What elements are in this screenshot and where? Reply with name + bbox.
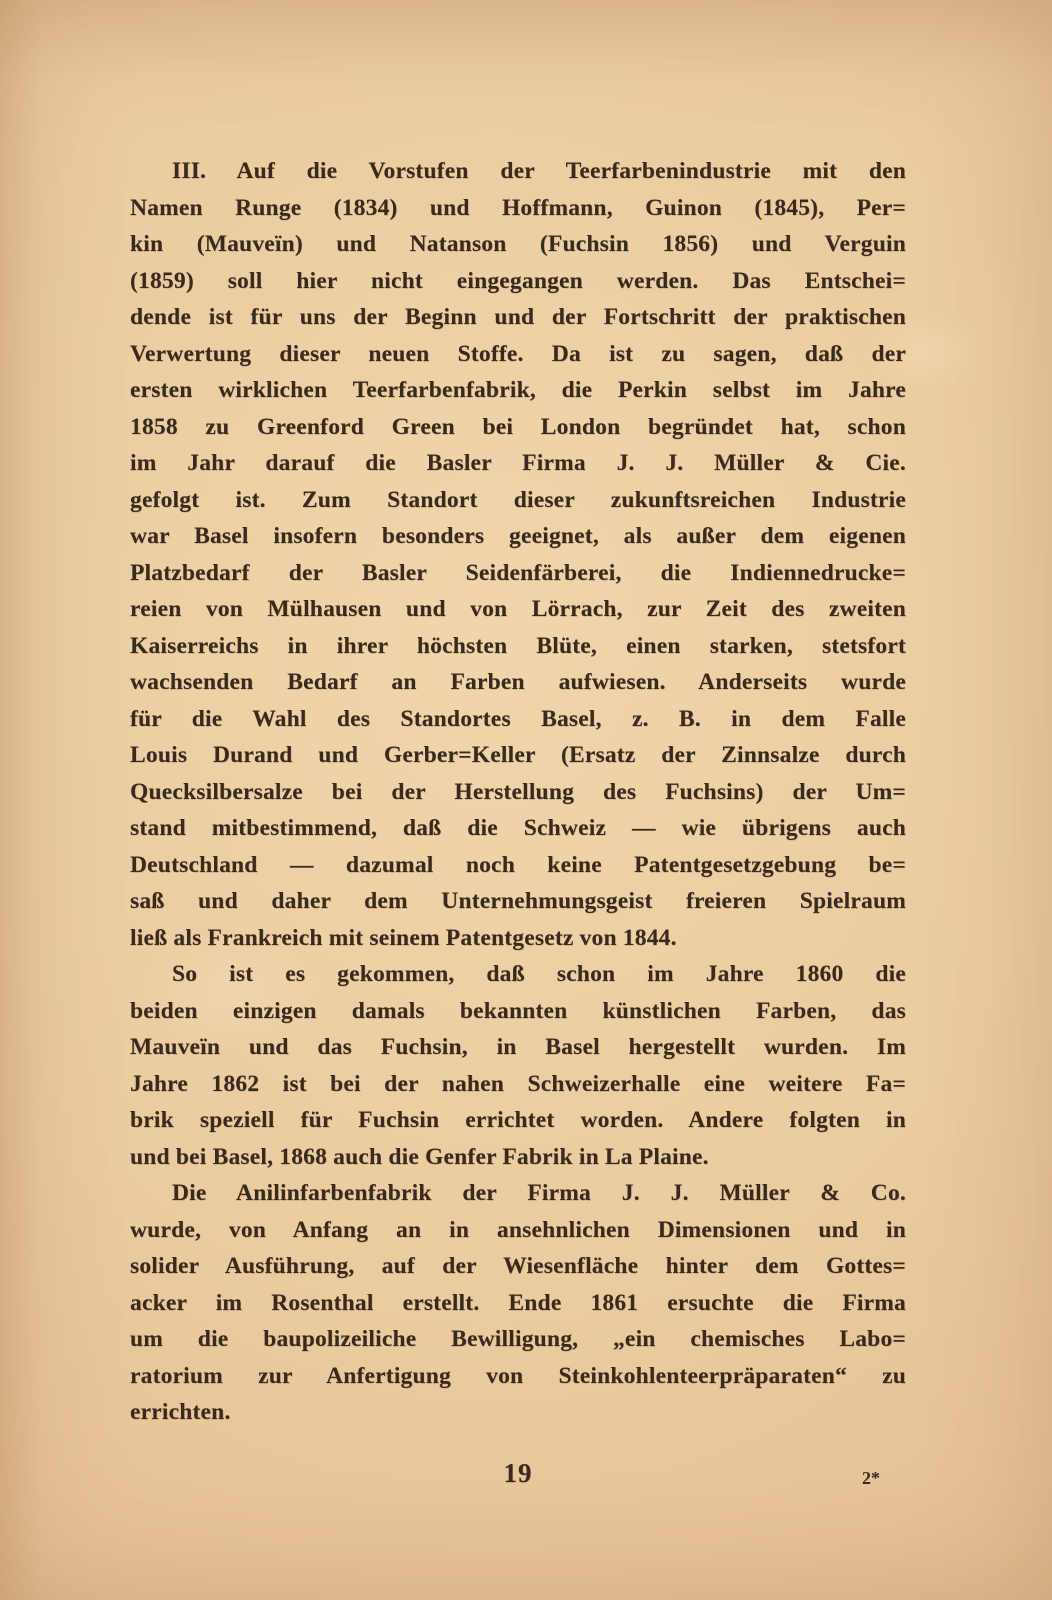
text-line: III. Auf die Vorstufen der Teerfarbenind… bbox=[130, 153, 906, 190]
text-line: 1858 zu Greenford Green bei London begrü… bbox=[130, 409, 906, 446]
text-line: Platzbedarf der Basler Seidenfärberei, d… bbox=[130, 555, 906, 592]
text-block: III. Auf die Vorstufen der Teerfarbenind… bbox=[130, 153, 906, 1431]
text-line: stand mitbestimmend, daß die Schweiz — w… bbox=[130, 810, 906, 847]
text-line: Deutschland — dazumal noch keine Patentg… bbox=[130, 847, 906, 884]
text-line: wurde, von Anfang an in ansehnlichen Dim… bbox=[130, 1212, 906, 1249]
text-line: Quecksilbersalze bei der Herstellung des… bbox=[130, 774, 906, 811]
text-line: Kaiserreichs in ihrer höchsten Blüte, ei… bbox=[130, 628, 906, 665]
text-line: gefolgt ist. Zum Standort dieser zukunft… bbox=[130, 482, 906, 519]
text-line: beiden einzigen damals bekannten künstli… bbox=[130, 993, 906, 1030]
text-line: im Jahr darauf die Basler Firma J. J. Mü… bbox=[130, 445, 906, 482]
text-line: Verwertung dieser neuen Stoffe. Da ist z… bbox=[130, 336, 906, 373]
text-line: saß und daher dem Unternehmungsgeist fre… bbox=[130, 883, 906, 920]
text-line: Mauveïn und das Fuchsin, in Basel herges… bbox=[130, 1029, 906, 1066]
text-line: acker im Rosenthal erstellt. Ende 1861 e… bbox=[130, 1285, 906, 1322]
text-line: ersten wirklichen Teerfarbenfabrik, die … bbox=[130, 372, 906, 409]
text-line: kin (Mauveïn) und Natanson (Fuchsin 1856… bbox=[130, 226, 906, 263]
text-line: und bei Basel, 1868 auch die Genfer Fabr… bbox=[130, 1139, 906, 1176]
signature-mark: 2* bbox=[862, 1468, 880, 1489]
page-number: 19 bbox=[130, 1458, 906, 1489]
text-line: So ist es gekommen, daß schon im Jahre 1… bbox=[130, 956, 906, 993]
text-line: Louis Durand und Gerber=Keller (Ersatz d… bbox=[130, 737, 906, 774]
text-line: um die baupolizeiliche Bewilligung, „ein… bbox=[130, 1321, 906, 1358]
text-line: Jahre 1862 ist bei der nahen Schweizerha… bbox=[130, 1066, 906, 1103]
text-line: ließ als Frankreich mit seinem Patentges… bbox=[130, 920, 906, 957]
scanned-book-page: III. Auf die Vorstufen der Teerfarbenind… bbox=[0, 0, 1052, 1600]
text-line: solider Ausführung, auf der Wiesenfläche… bbox=[130, 1248, 906, 1285]
text-line: reien von Mülhausen und von Lörrach, zur… bbox=[130, 591, 906, 628]
text-line: brik speziell für Fuchsin errichtet word… bbox=[130, 1102, 906, 1139]
text-line: wachsenden Bedarf an Farben aufwiesen. A… bbox=[130, 664, 906, 701]
text-line: ratorium zur Anfertigung von Steinkohlen… bbox=[130, 1358, 906, 1395]
text-line: für die Wahl des Standortes Basel, z. B.… bbox=[130, 701, 906, 738]
text-line: dende ist für uns der Beginn und der For… bbox=[130, 299, 906, 336]
text-line: (1859) soll hier nicht eingegangen werde… bbox=[130, 263, 906, 300]
text-line: Die Anilinfarbenfabrik der Firma J. J. M… bbox=[130, 1175, 906, 1212]
text-line: Namen Runge (1834) und Hoffmann, Guinon … bbox=[130, 190, 906, 227]
text-line: errichten. bbox=[130, 1394, 906, 1431]
text-line: war Basel insofern besonders geeignet, a… bbox=[130, 518, 906, 555]
